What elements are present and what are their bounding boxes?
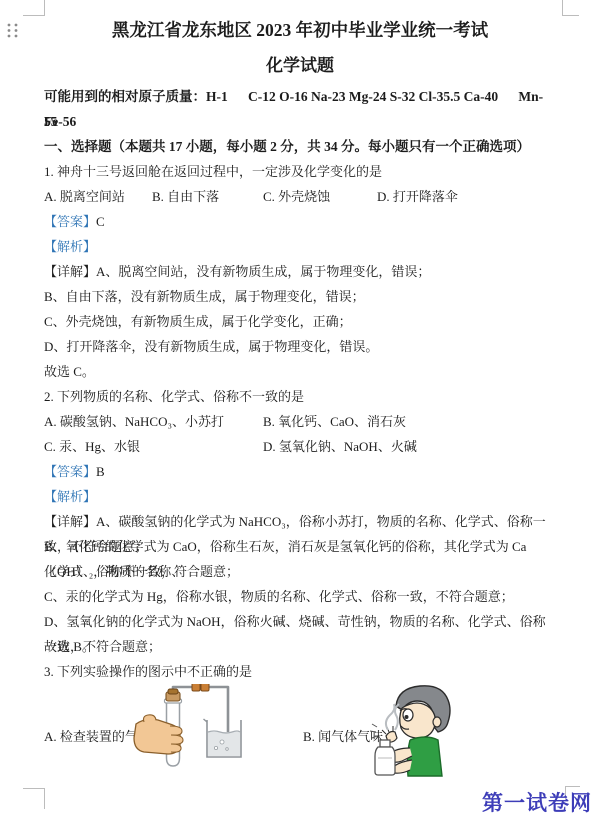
smelling-gas-illustration [366,684,466,779]
q1-detail-line: C、外壳烧蚀，有新物质生成，属于化学变化，正确； [44,309,556,334]
q1-option-c: C. 外壳烧蚀 [263,184,330,209]
q2-detail-line: D、氢氧化钠的化学式为 NaOH，俗称火碱、烧碱、苛性钠，物质的名称、化学式、俗… [44,609,556,634]
q2-options-row-1: A. 碳酸氢钠、NaHCO₃、小苏打 B. 氧化钙、CaO、消石灰 [44,409,556,434]
q2-answer-label: 【答案】 [44,464,96,479]
atomic-mass-line-continued: Fe-56 [44,109,556,134]
q1-analysis-label: 【解析】 [44,239,96,254]
exam-subtitle: 化学试题 [44,48,556,84]
q2-option-d: D. 氢氧化钠、NaOH、火碱 [263,434,417,459]
site-watermark: 第一试卷网 [482,787,592,817]
drag-handle-icon[interactable] [6,22,19,39]
q2-option-c: C. 汞、Hg、水银 [44,434,140,459]
gas-bottle [375,740,395,775]
q1-options-row: A. 脱离空间站 B. 自由下落 C. 外壳烧蚀 D. 打开降落伞 [44,184,556,209]
q1-option-a: A. 脱离空间站 [44,184,125,209]
q2-option-a: A. 碳酸氢钠、NaHCO₃、小苏打 [44,409,224,434]
q2-answer-line: 【答案】B [44,459,556,484]
q2-analysis-line: 【解析】 [44,484,556,509]
q2-detail-line: 化学式、俗称不一致，符合题意； [44,559,556,584]
rubber-stopper [166,689,180,701]
gas-wisps [386,704,399,730]
q1-answer-label: 【答案】 [44,214,96,229]
atomic-mass-line: 可能用到的相对原子质量：H-1 C-12 O-16 Na-23 Mg-24 S-… [44,84,556,109]
document-content: 黑龙江省龙东地区 2023 年初中毕业学业统一考试 化学试题 可能用到的相对原子… [44,12,556,792]
q1-stem: 1. 神舟十三号返回舱在返回过程中，一定涉及化学变化的是 [44,159,556,184]
boy-shirt [407,737,442,776]
q3-stem: 3. 下列实验操作的图示中不正确的是 [44,659,556,684]
q1-option-d: D. 打开降落伞 [377,184,458,209]
q2-answer-value: B [96,464,105,479]
q1-option-b: B. 自由下落 [152,184,219,209]
q2-detail-line: 【详解】A、碳酸氢钠的化学式为 NaHCO₃，俗称小苏打，物质的名称、化学式、俗… [44,509,556,534]
exam-title: 黑龙江省龙东地区 2023 年初中毕业学业统一考试 [44,12,556,48]
airtightness-check-illustration [130,684,250,776]
q1-detail-line: D、打开降落伞，没有新物质生成，属于物理变化，错误。 [44,334,556,359]
margin-corner-mark-top-right [562,0,579,16]
q2-options-row-2: C. 汞、Hg、水银 D. 氢氧化钠、NaOH、火碱 [44,434,556,459]
q2-detail-line: C、汞的化学式为 Hg，俗称水银，物质的名称、化学式、俗称一致，不符合题意； [44,584,556,609]
q1-detail-line: 【详解】A、脱离空间站，没有新物质生成，属于物理变化，错误； [44,259,556,284]
exam-document-page: 黑龙江省龙东地区 2023 年初中毕业学业统一考试 化学试题 可能用到的相对原子… [0,0,599,829]
q2-analysis-label: 【解析】 [44,489,96,504]
q2-option-b: B. 氧化钙、CaO、消石灰 [263,409,406,434]
q1-detail-line: B、自由下落，没有新物质生成，属于物理变化，错误； [44,284,556,309]
beaker [204,719,242,757]
q2-stem: 2. 下列物质的名称、化学式、俗称不一致的是 [44,384,556,409]
pipe-connector [192,684,209,691]
motion-lines [370,724,377,738]
margin-corner-mark-bottom-left [23,788,45,809]
margin-corner-mark-top-left [23,0,45,16]
section-heading: 一、选择题（本题共 17 小题，每小题 2 分，共 34 分。每小题只有一个正确… [44,134,556,159]
q2-detail-line: B、氧化钙的化学式为 CaO，俗称生石灰，消石灰是氢氧化钙的俗称，其化学式为 C… [44,534,556,559]
q1-answer-line: 【答案】C [44,209,556,234]
q1-conclusion-line: 故选 C。 [44,359,556,384]
q3-figures-row: A. 检查装置的气密性 [44,684,556,792]
q1-analysis-line: 【解析】 [44,234,556,259]
q1-answer-value: C [96,214,105,229]
